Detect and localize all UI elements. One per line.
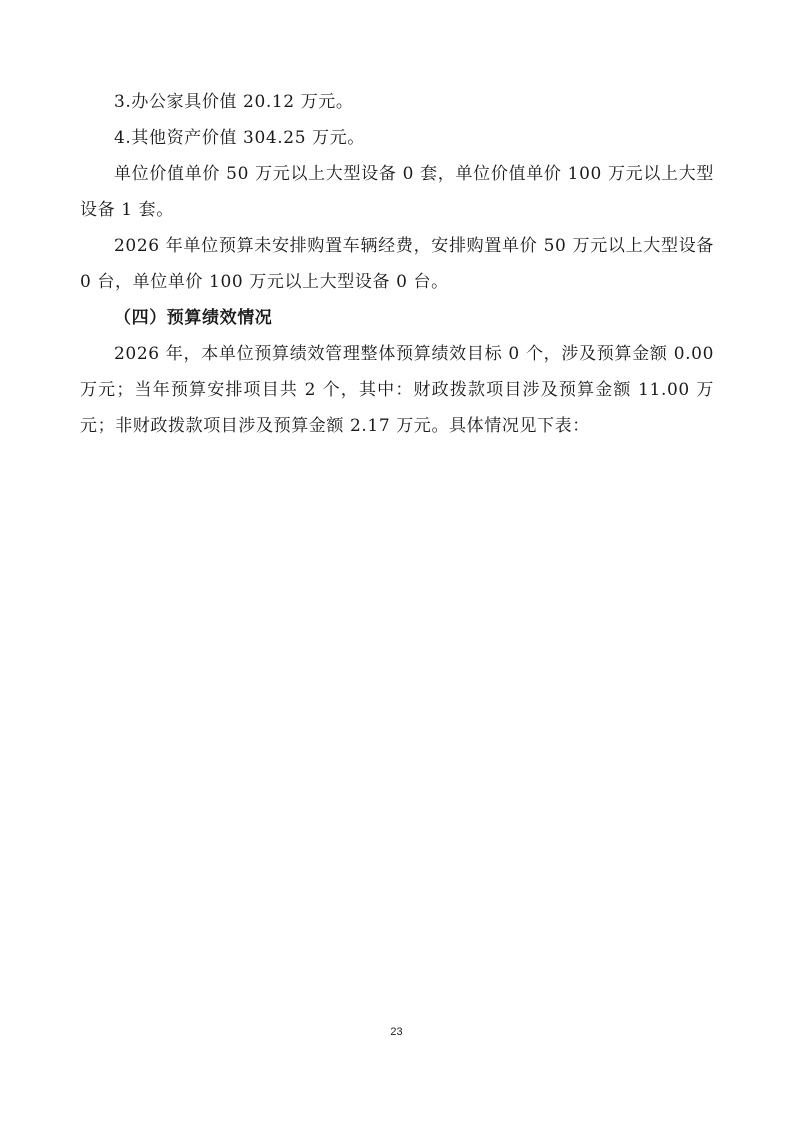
section-heading-performance: （四）预算绩效情况 [80, 300, 714, 336]
page-number: 23 [0, 1026, 793, 1038]
paragraph-other-assets: 4.其他资产价值 304.25 万元。 [80, 120, 714, 156]
paragraph-performance-summary: 2026 年，本单位预算绩效管理整体预算绩效目标 0 个，涉及预算金额 0.00… [80, 336, 714, 444]
document-page: 3.办公家具价值 20.12 万元。 4.其他资产价值 304.25 万元。 单… [80, 84, 714, 444]
paragraph-large-equipment: 单位价值单价 50 万元以上大型设备 0 套，单位价值单价 100 万元以上大型… [80, 156, 714, 228]
paragraph-office-furniture: 3.办公家具价值 20.12 万元。 [80, 84, 714, 120]
paragraph-purchase-plan: 2026 年单位预算未安排购置车辆经费，安排购置单价 50 万元以上大型设备 0… [80, 228, 714, 300]
